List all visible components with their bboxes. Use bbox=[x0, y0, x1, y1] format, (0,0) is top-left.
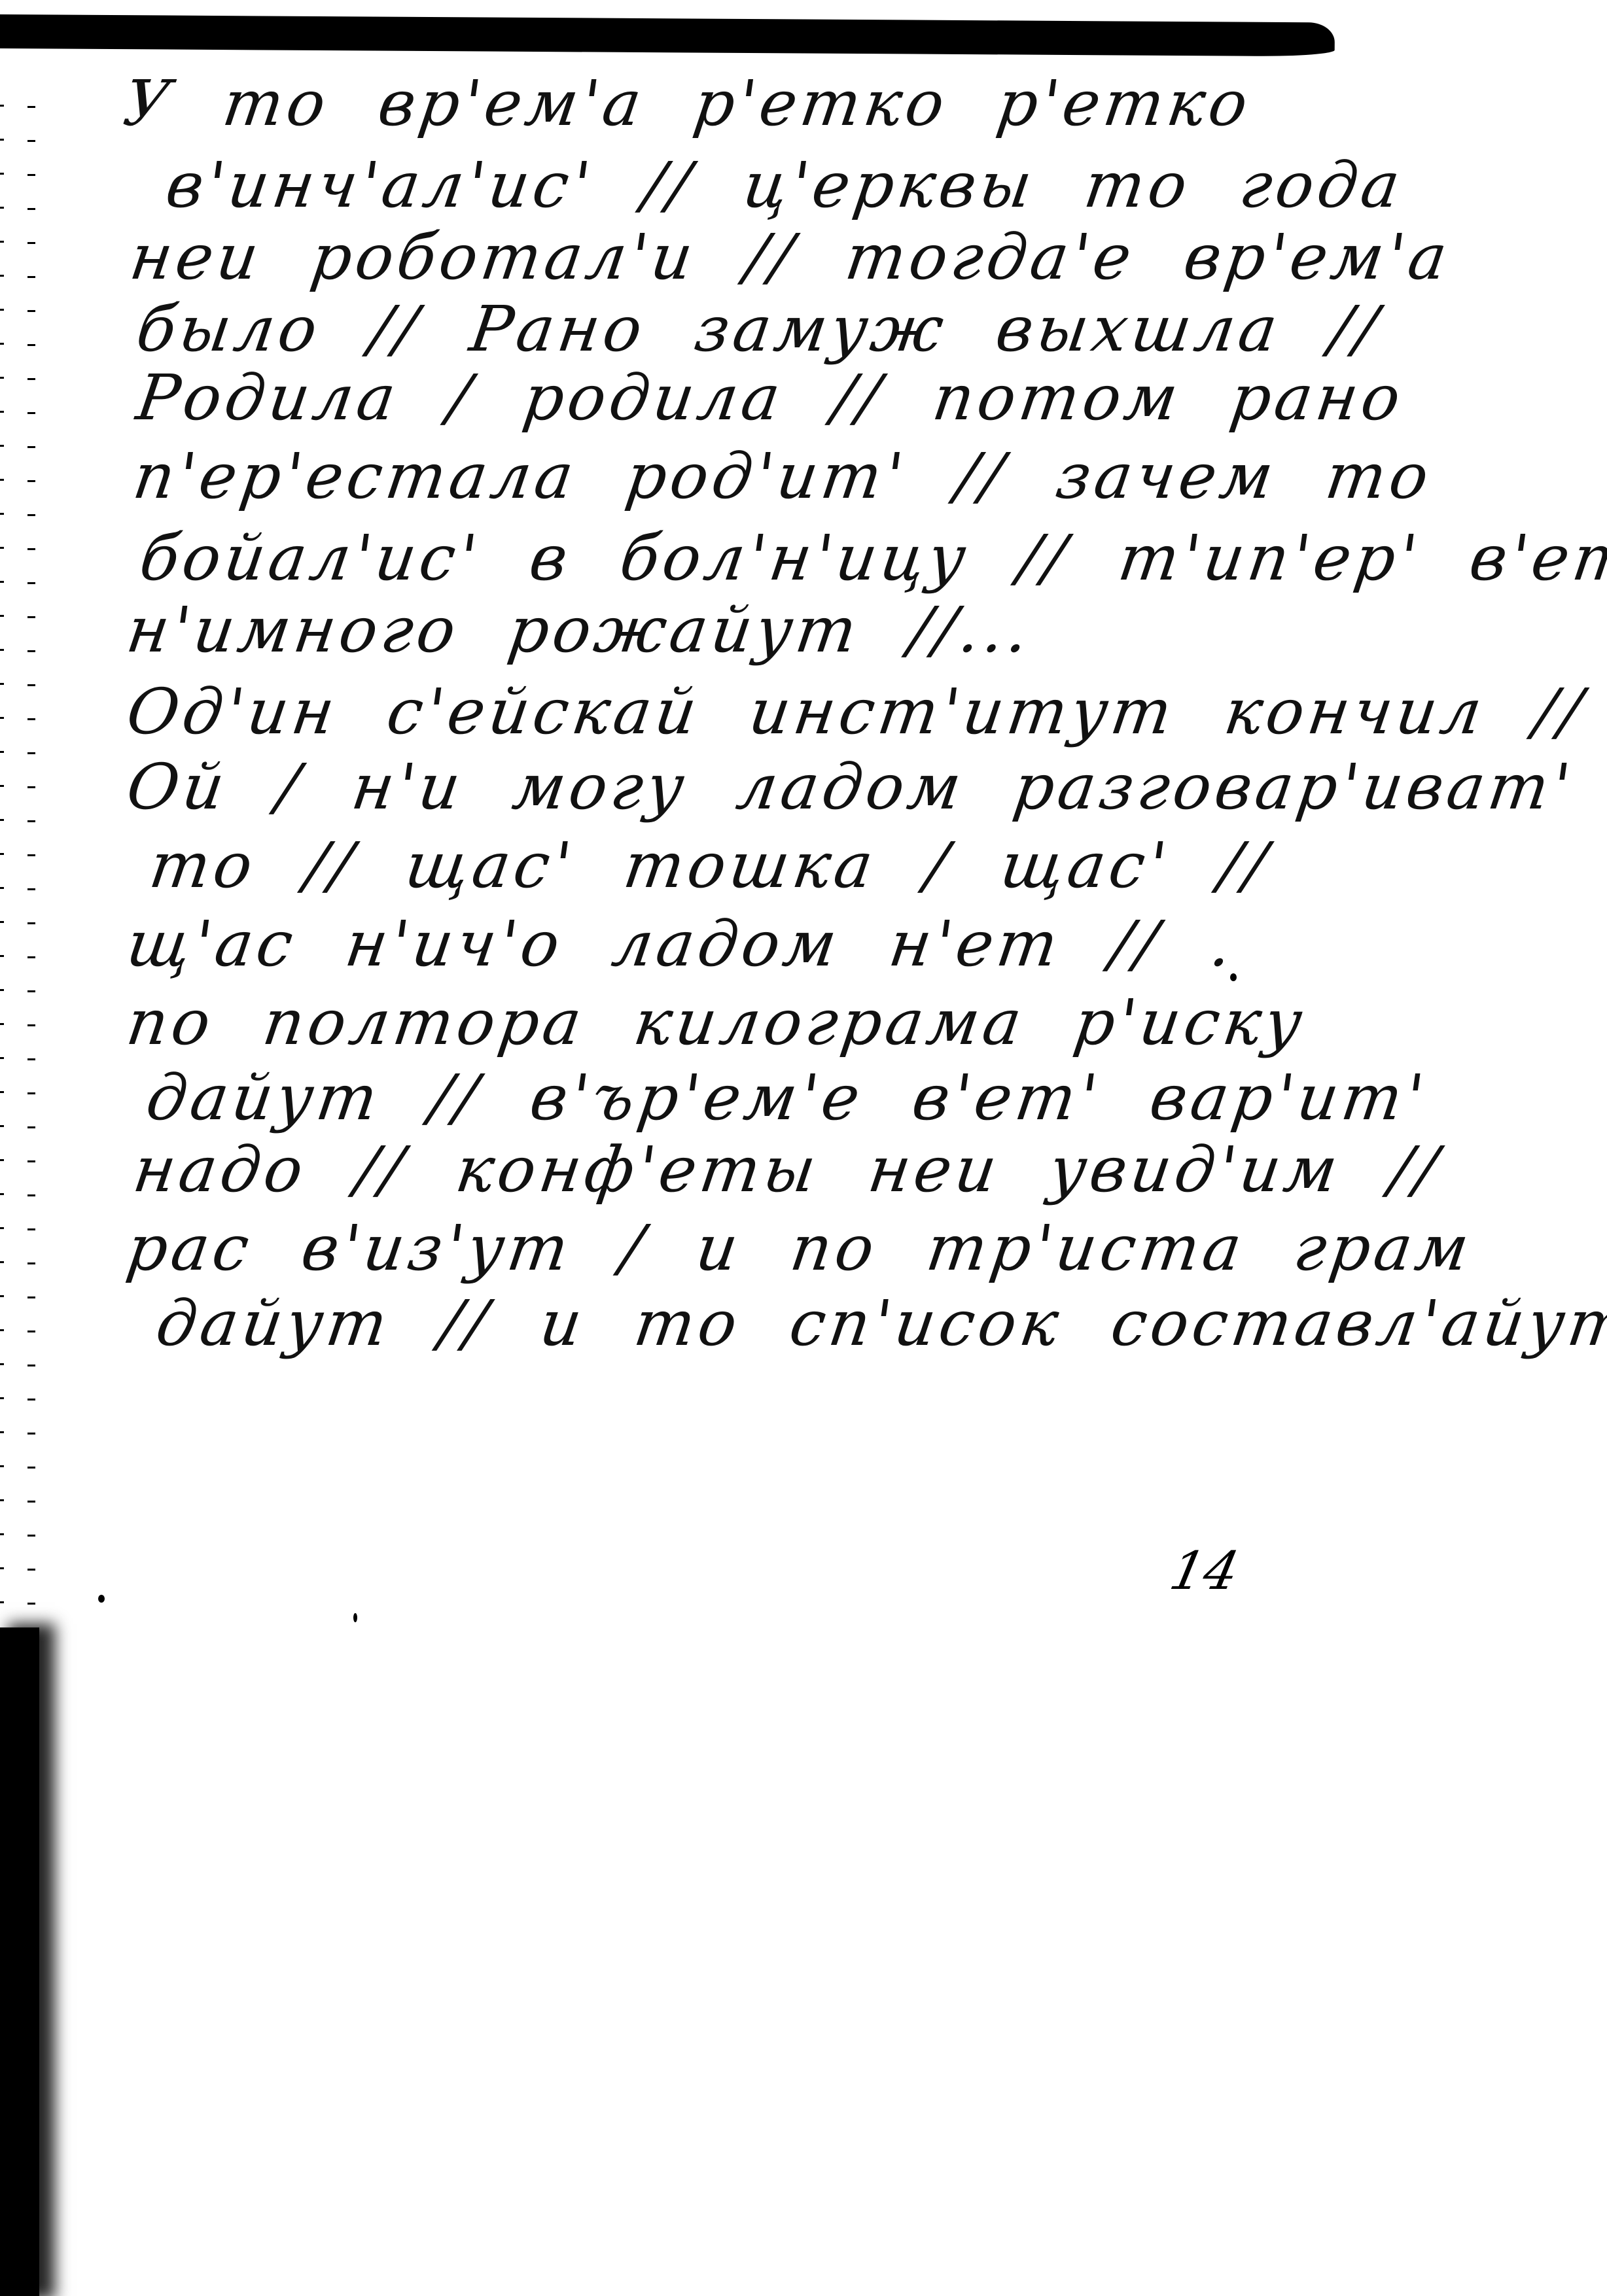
margin-tick bbox=[27, 956, 35, 958]
margin-tick bbox=[27, 922, 35, 924]
margin-tick bbox=[0, 887, 4, 889]
margin-tick bbox=[0, 411, 4, 413]
margin-tick bbox=[0, 751, 4, 753]
margin-tick bbox=[27, 1467, 35, 1469]
margin-tick bbox=[0, 377, 4, 379]
margin-tick bbox=[27, 174, 35, 176]
scanned-notebook-page: У то вр'ем'а р'етко р'етко в'инч'ал'ис' … bbox=[0, 0, 1607, 2296]
margin-tick bbox=[27, 1262, 35, 1264]
margin-tick bbox=[27, 786, 35, 788]
margin-tick bbox=[0, 1431, 4, 1433]
margin-tick bbox=[0, 1465, 4, 1467]
margin-tick bbox=[27, 548, 35, 550]
margin-tick bbox=[27, 1228, 35, 1230]
margin-tick bbox=[0, 1567, 4, 1569]
margin-tick bbox=[27, 1024, 35, 1026]
margin-tick bbox=[27, 616, 35, 618]
margin-tick bbox=[0, 615, 4, 617]
margin-tick bbox=[27, 820, 35, 822]
margin-tick bbox=[27, 242, 35, 244]
ink-speck bbox=[1230, 973, 1237, 981]
margin-tick bbox=[0, 207, 4, 209]
margin-tick bbox=[0, 173, 4, 175]
margin-tick bbox=[27, 208, 35, 210]
margin-tick bbox=[0, 1023, 4, 1025]
margin-tick bbox=[27, 1399, 35, 1400]
margin-tick bbox=[27, 888, 35, 890]
margin-tick bbox=[27, 106, 35, 108]
margin-tick bbox=[27, 684, 35, 686]
margin-tick bbox=[27, 1092, 35, 1094]
margin-tick bbox=[0, 275, 4, 277]
text-line: Ой / н'и могу ладом разговар'иват' bbox=[123, 756, 1578, 818]
margin-tick bbox=[27, 1365, 35, 1366]
margin-tick bbox=[0, 683, 4, 685]
text-line: по полтора килограма р'иску bbox=[123, 991, 1309, 1054]
margin-tick bbox=[0, 1499, 4, 1501]
margin-tick bbox=[27, 650, 35, 652]
margin-tick bbox=[27, 480, 35, 482]
margin-tick bbox=[0, 785, 4, 787]
ink-speck bbox=[98, 1595, 105, 1603]
margin-tick bbox=[0, 1295, 4, 1297]
text-line: У то вр'ем'а р'етко р'етко bbox=[120, 72, 1255, 135]
margin-tick bbox=[27, 1194, 35, 1196]
margin-tick bbox=[27, 310, 35, 312]
margin-tick bbox=[27, 582, 35, 584]
margin-tick bbox=[0, 105, 4, 107]
text-line: было // Рано замуж выхшла // bbox=[133, 298, 1385, 360]
margin-tick bbox=[27, 412, 35, 414]
margin-tick bbox=[0, 989, 4, 991]
page-number: 14 bbox=[1165, 1540, 1245, 1601]
margin-tick bbox=[27, 1160, 35, 1162]
margin-tick bbox=[27, 140, 35, 142]
margin-tick bbox=[27, 854, 35, 856]
margin-tick bbox=[0, 1601, 4, 1603]
margin-tick bbox=[27, 1433, 35, 1435]
margin-tick bbox=[0, 1363, 4, 1365]
scan-left-edge-shadow bbox=[0, 1627, 39, 2296]
margin-tick bbox=[27, 276, 35, 278]
margin-tick bbox=[27, 990, 35, 992]
margin-tick bbox=[0, 1227, 4, 1229]
text-line: надо // конф'еты неи увид'им // bbox=[130, 1138, 1445, 1201]
margin-tick bbox=[0, 1057, 4, 1059]
margin-tick bbox=[27, 378, 35, 380]
margin-tick bbox=[27, 1126, 35, 1128]
margin-tick bbox=[0, 1091, 4, 1093]
margin-tick bbox=[0, 1125, 4, 1127]
margin-tick bbox=[0, 445, 4, 447]
margin-tick bbox=[27, 446, 35, 448]
text-line: дайут // и то сп'исок составл'айут // bbox=[152, 1292, 1607, 1355]
scan-top-edge-shadow bbox=[0, 14, 1335, 56]
text-line: п'ер'естала род'ит' // зачем то bbox=[130, 445, 1436, 508]
margin-tick bbox=[0, 717, 4, 719]
margin-tick bbox=[0, 547, 4, 549]
margin-tick bbox=[0, 853, 4, 855]
margin-perforation-ticks bbox=[0, 0, 46, 1622]
text-line: щ'ас н'ич'о ладом н'ет // . bbox=[123, 913, 1239, 975]
margin-tick bbox=[27, 1058, 35, 1060]
margin-tick bbox=[27, 718, 35, 720]
text-line: неи роботал'и // тогда'е вр'ем'а bbox=[126, 226, 1455, 288]
margin-tick bbox=[0, 343, 4, 345]
margin-tick bbox=[27, 1603, 35, 1605]
margin-tick bbox=[27, 752, 35, 754]
margin-tick bbox=[0, 309, 4, 311]
margin-tick bbox=[0, 479, 4, 481]
text-line: дайут // в'ър'ем'е в'ет' вар'ит' bbox=[143, 1066, 1431, 1129]
margin-tick bbox=[0, 819, 4, 821]
margin-tick bbox=[0, 1193, 4, 1195]
margin-tick bbox=[27, 1569, 35, 1571]
margin-tick bbox=[0, 1261, 4, 1263]
margin-tick bbox=[0, 921, 4, 923]
margin-tick bbox=[0, 513, 4, 515]
margin-tick bbox=[0, 649, 4, 651]
text-line: то // щас' тошка / щас' // bbox=[146, 834, 1274, 897]
margin-tick bbox=[27, 1296, 35, 1298]
text-line: в'инч'ал'ис' // ц'ерквы то года bbox=[162, 154, 1407, 217]
margin-tick bbox=[27, 344, 35, 346]
margin-tick bbox=[0, 139, 4, 141]
text-line: н'имного рожайут //... bbox=[123, 599, 1036, 661]
margin-tick bbox=[0, 1397, 4, 1399]
text-line: рас в'из'ут / и по тр'иста грам bbox=[123, 1217, 1476, 1279]
ink-speck bbox=[353, 1613, 357, 1622]
margin-tick bbox=[27, 1331, 35, 1332]
margin-tick bbox=[0, 581, 4, 583]
margin-tick bbox=[27, 514, 35, 516]
margin-tick bbox=[0, 241, 4, 243]
text-line: Од'ин с'ейскай инст'итут кончил // bbox=[123, 680, 1589, 743]
margin-tick bbox=[27, 1535, 35, 1537]
text-line: бойал'ис' в бол'н'ицу // т'ип'ер' в'ет' bbox=[136, 527, 1607, 589]
margin-tick bbox=[0, 955, 4, 957]
margin-tick bbox=[0, 1533, 4, 1535]
margin-tick bbox=[0, 1329, 4, 1331]
margin-tick bbox=[0, 1159, 4, 1161]
text-line: Родила / родила // потом рано bbox=[133, 366, 1408, 429]
margin-tick bbox=[27, 1501, 35, 1503]
